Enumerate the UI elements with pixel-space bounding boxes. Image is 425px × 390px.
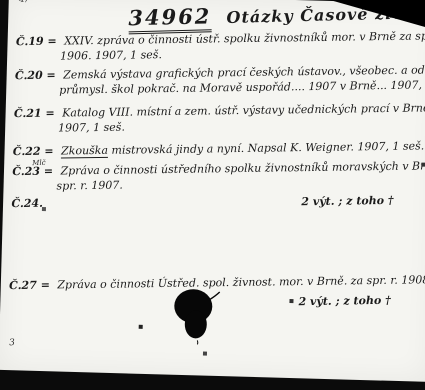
entry-text: Zpráva o činnosti ústředního spolku živn… [56, 159, 425, 193]
entry-text: Katalog VIII. místní a zem. ústř. výstav… [58, 101, 425, 134]
entry-c24: Č.24. [11, 194, 155, 211]
entry-c22: Č.22 = Zkouška mistrovská jindy a nyní. … [13, 138, 425, 159]
catalog-number: 34962 [128, 3, 212, 34]
entry-c20: Č.20 = Zemská výstava grafických prací č… [15, 62, 425, 98]
entry-c21: Č.21 = Katalog VIII. místní a zem. ústř.… [14, 100, 425, 136]
entry-text: Zemská výstava grafických prací českých … [59, 63, 425, 97]
entry-label: Č.24. [11, 197, 43, 210]
entry-label: Č.20 = [15, 69, 56, 83]
entry-label: Č.27 = [9, 279, 50, 293]
corner-mark: 4) [18, 0, 29, 5]
margin-mark: 3 [9, 338, 15, 348]
entry-label: Č.21 = [14, 107, 55, 121]
entry-label: Č.23 = [12, 165, 53, 179]
entry-c19: Č.19 = XXIV. zpráva o činnosti ústř. spo… [16, 28, 425, 64]
entry-underlined-word: Zkouška [61, 144, 108, 159]
entry-text: mistrovská jindy a nyní. Napsal K. Weign… [111, 139, 424, 156]
paper-card: 4) 34962 Otázky Časové živnost. Č.19 = X… [0, 0, 425, 382]
entry-text: XXIV. zpráva o činnosti ústř. spolku živ… [60, 29, 425, 63]
entry-text: Zpráva o činnosti Ústřed. spol. živnost.… [57, 273, 425, 291]
entry-c23-copies-note: 2 výt. ; z toho † [301, 194, 394, 208]
scanned-catalog-card: 4) 34962 Otázky Časové živnost. Č.19 = X… [0, 0, 425, 390]
entry-c27-copies-note: 2 výt. ; z toho † [298, 294, 391, 308]
entry-label: Č.22 = [13, 145, 54, 159]
ink-blot [164, 284, 228, 346]
entry-label: Č.19 = [16, 35, 57, 49]
entry-c23: Č.23 = Zpráva o činnosti ústředního spol… [12, 158, 425, 194]
